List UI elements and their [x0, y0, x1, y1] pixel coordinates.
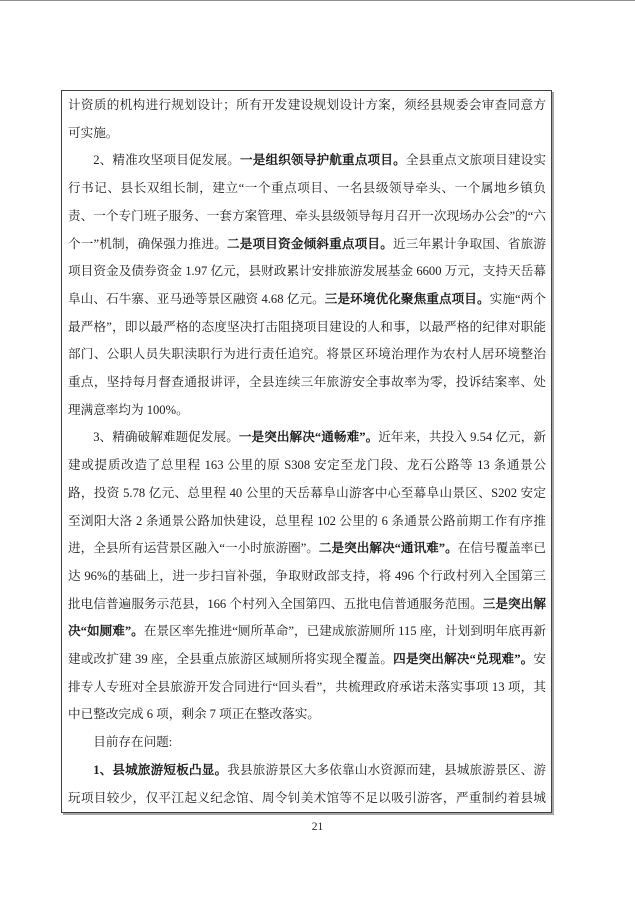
emphasis-run: 三是环境优化聚焦重点项目。: [325, 292, 490, 306]
paragraph: 目前存在问题:: [68, 729, 546, 757]
text-run: 目前存在问题:: [93, 735, 172, 749]
page-top-divider: [0, 0, 635, 1]
emphasis-run: 二是项目资金倾斜重点项目。: [227, 237, 393, 251]
text-run: 3、精确破解难题促发展。: [93, 430, 239, 444]
emphasis-run: 1、县城旅游短板凸显。: [93, 763, 227, 777]
text-run: 实施“两个最严格”，即以最严格的态度坚决打击阻挠项目建设的人和事，以最严格的纪律…: [68, 292, 546, 417]
document-body-cell: 计资质的机构进行规划设计；所有开发建设规划设计方案，须经县规委会审查同意方可实施…: [61, 90, 552, 813]
text-run: 计资质的机构进行规划设计；所有开发建设规划设计方案，须经县规委会审查同意方可实施…: [68, 98, 546, 140]
paragraph: 2、精准攻坚项目促发展。一是组织领导护航重点项目。全县重点文旅项目建设实行书记、…: [68, 147, 546, 424]
paragraph: 1、县城旅游短板凸显。我县旅游景区大多依靠山水资源而建，县城旅游景区、游玩项目较…: [68, 757, 546, 813]
document-page: 计资质的机构进行规划设计；所有开发建设规划设计方案，须经县规委会审查同意方可实施…: [0, 0, 635, 898]
emphasis-run: 一是组织领导护航重点项目。: [240, 153, 406, 167]
emphasis-run: 一是突出解决“通畅难”。: [239, 430, 378, 444]
text-run: 2、精准攻坚项目促发展。: [93, 153, 240, 167]
paragraph: 3、精确破解难题促发展。一是突出解决“通畅难”。近年来，共投入 9.54 亿元，…: [68, 424, 546, 729]
paragraph: 计资质的机构进行规划设计；所有开发建设规划设计方案，须经县规委会审查同意方可实施…: [68, 92, 546, 147]
emphasis-run: 四是突出解决“兑现难”。: [393, 652, 533, 666]
emphasis-run: 二是突出解决“通讯难”。: [319, 541, 458, 555]
page-number: 21: [0, 821, 635, 833]
text-run: 近年来，共投入 9.54 亿元，新建或提质改造了总里程 163 公里的原 S30…: [68, 430, 546, 555]
